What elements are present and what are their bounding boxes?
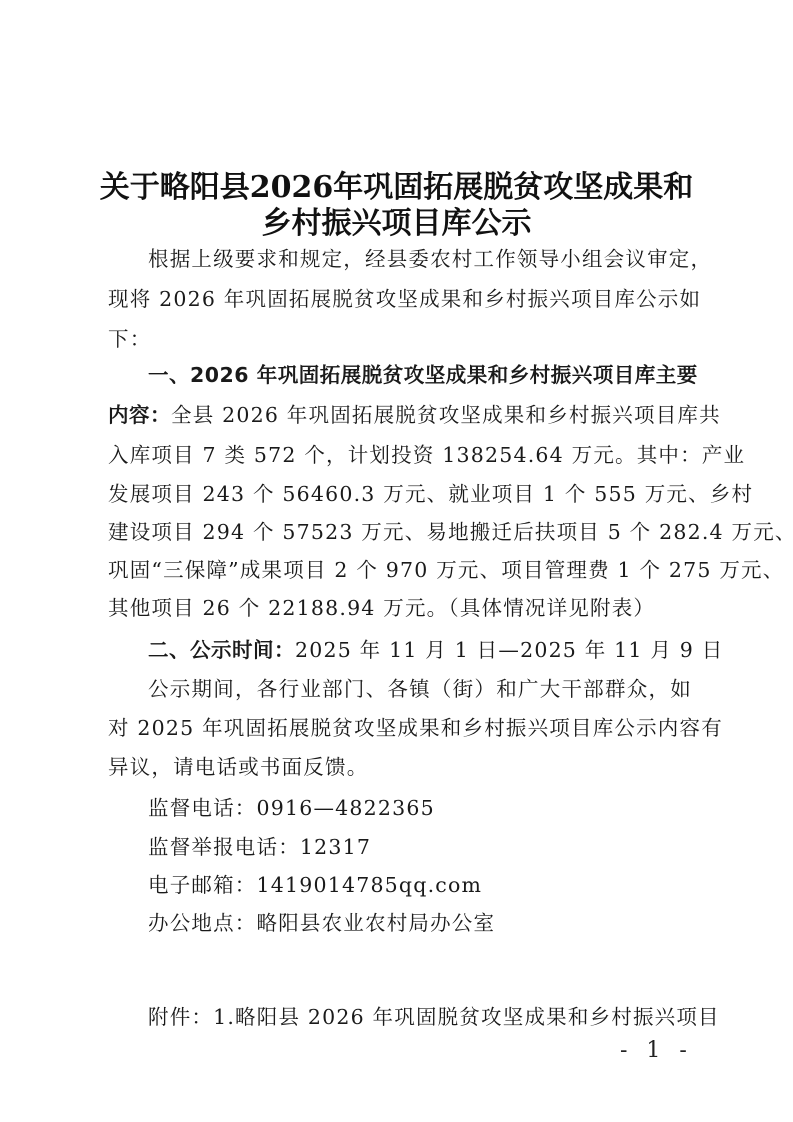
document-title-line-2: 乡村振兴项目库公示 [0,198,793,242]
section2-heading: 二、公示时间：2025 年 11 月 1 日—2025 年 11 月 9 日 [148,633,692,663]
section2-line-3: 异议，请电话或书面反馈。 [108,750,692,780]
supervision-phone: 监督电话：0916—4822365 [148,791,692,821]
section2-line-1: 公示期间，各行业部门、各镇（街）和广大干部群众，如 [148,672,692,702]
section1-line-4: 建设项目 294 个 57523 万元、易地搬迁后扶项目 5 个 282.4 万… [108,515,692,545]
attachment-line: 附件：1.略阳县 2026 年巩固脱贫攻坚成果和乡村振兴项目 [148,1000,692,1030]
page-number: - 1 - [620,1038,693,1063]
section1-heading-cont: 内容： [108,403,171,427]
section1-line-5: 巩固“三保障”成果项目 2 个 970 万元、项目管理费 1 个 275 万元、 [108,553,692,583]
intro-line-1: 根据上级要求和规定，经县委农村工作领导小组会议审定， [148,242,692,272]
section1-line-6: 其他项目 26 个 22188.94 万元。（具体情况详见附表） [108,591,692,621]
intro-line-2: 现将 2026 年巩固拓展脱贫攻坚成果和乡村振兴项目库公示如 [108,282,692,312]
office-location: 办公地点：略阳县农业农村局办公室 [148,906,692,936]
section1-line-1-text: 全县 2026 年巩固拓展脱贫攻坚成果和乡村振兴项目库共 [171,403,721,427]
section2-line-2: 对 2025 年巩固拓展脱贫攻坚成果和乡村振兴项目库公示内容有 [108,711,692,741]
section1-heading: 一、2026 年巩固拓展脱贫攻坚成果和乡村振兴项目库主要 [148,358,692,388]
report-phone: 监督举报电话：12317 [148,830,692,860]
section1-line-2: 入库项目 7 类 572 个，计划投资 138254.64 万元。其中：产业 [108,438,692,468]
document-page: 关于略阳县2026年巩固拓展脱贫攻坚成果和 乡村振兴项目库公示 根据上级要求和规… [0,0,793,1122]
section1-line-3: 发展项目 243 个 56460.3 万元、就业项目 1 个 555 万元、乡村 [108,477,692,507]
section1-line-1: 内容：全县 2026 年巩固拓展脱贫攻坚成果和乡村振兴项目库共 [108,398,692,428]
section2-date-range: 2025 年 11 月 1 日—2025 年 11 月 9 日 [295,638,723,662]
section2-heading-label: 二、公示时间： [148,638,295,662]
email-address: 电子邮箱：1419014785qq.com [148,868,692,898]
intro-line-3: 下： [108,322,692,352]
